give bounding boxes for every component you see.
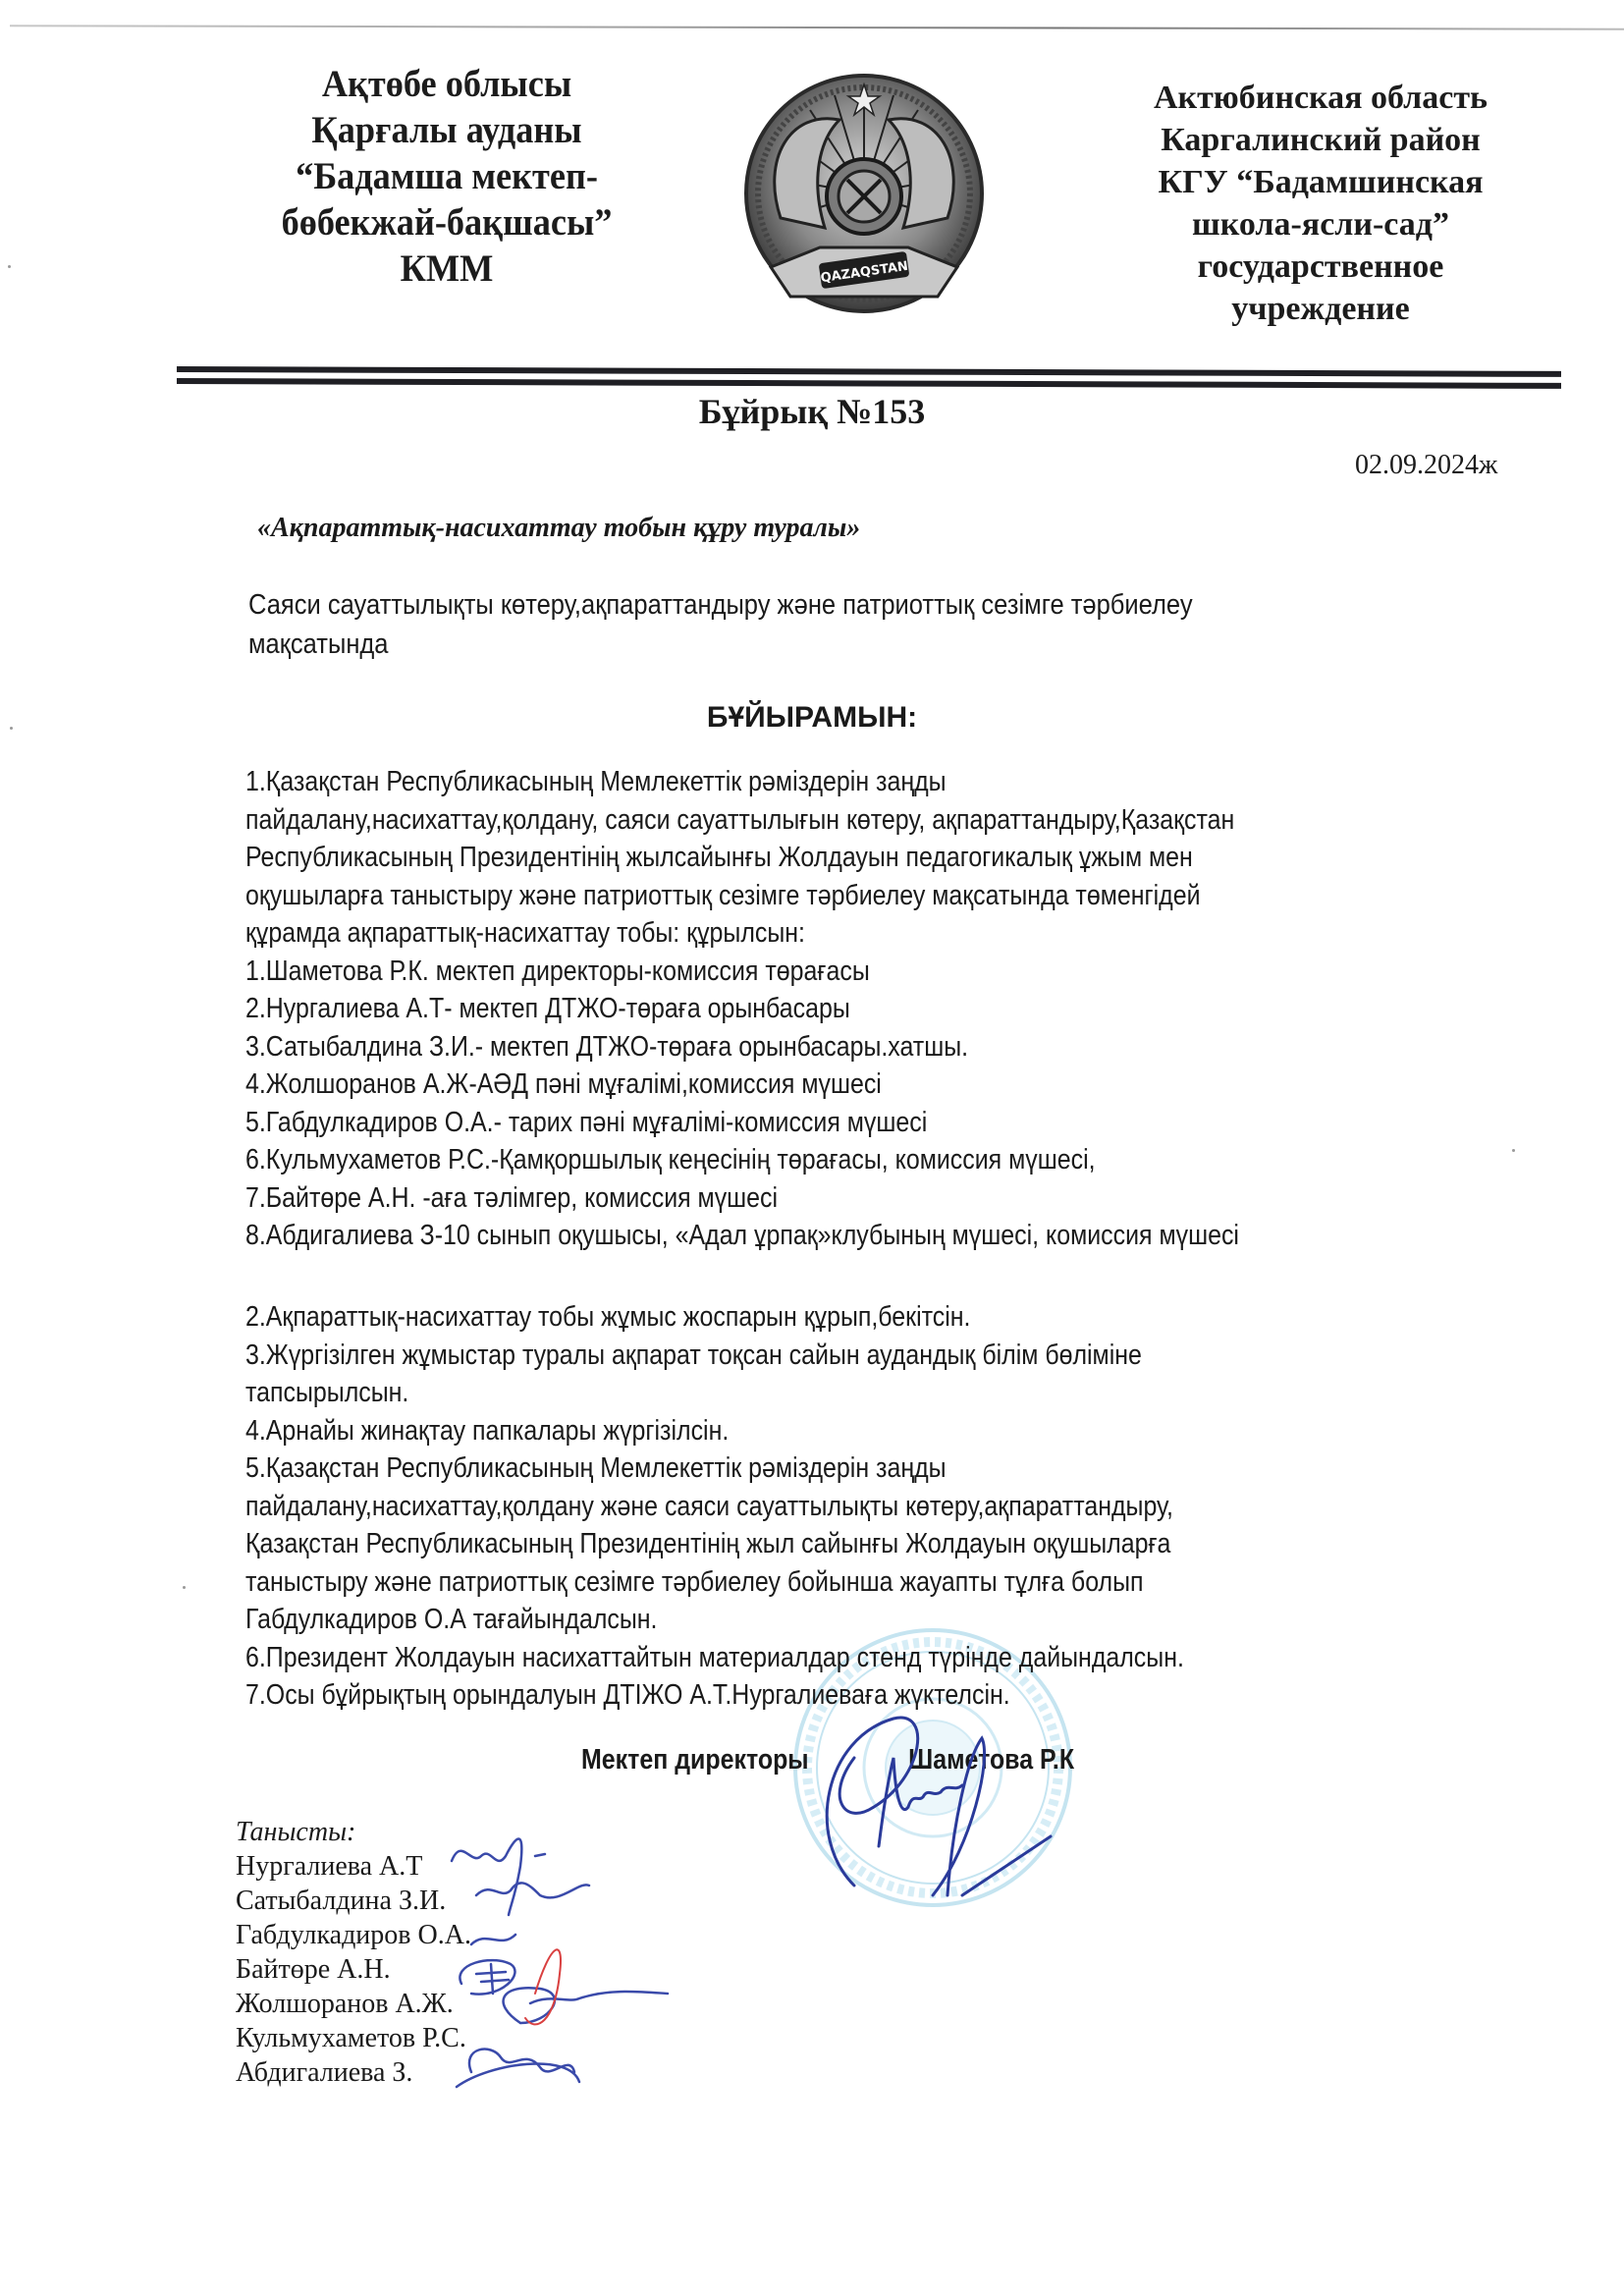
preamble: Саяси сауаттылықты көтеру,ақпараттандыру…: [248, 585, 1467, 664]
header-line: КГУ “Бадамшинская: [1090, 161, 1551, 203]
header-divider-top: [177, 366, 1561, 377]
clause-line: пайдалану,насихаттау,қолдану, саяси сауа…: [245, 801, 1538, 840]
member-item: 1.Шаметова Р.К. мектеп директоры-комисси…: [245, 953, 1538, 991]
header-line: бөбекжай-бақшасы”: [237, 199, 657, 246]
member-item: 7.Байтөре А.Н. -аға тәлімгер, комиссия м…: [245, 1179, 1538, 1218]
director-handwritten-signature: [785, 1699, 1080, 1915]
clause-line: құрамда ақпараттық-насихаттау тобы: құры…: [245, 914, 1538, 953]
header-line: государственное: [1090, 246, 1551, 288]
order-date: 02.09.2024ж: [1355, 450, 1497, 481]
decree-heading: БҰЙЫРАМЫН:: [0, 701, 1624, 735]
scan-speck: [183, 1586, 186, 1589]
scan-artifact-line: [10, 25, 1624, 29]
member-item: 2.Нургалиева А.Т- мектеп ДТЖО-төраға оры…: [245, 990, 1538, 1028]
member-item: 3.Сатыбалдина З.И.- мектеп ДТЖО-төраға о…: [245, 1028, 1538, 1066]
scan-speck: [8, 265, 11, 268]
clause-line: Республикасының Президентінің жылсайынғы…: [245, 839, 1538, 877]
header-line: школа-ясли-сад”: [1090, 203, 1551, 246]
clause-line: таныстыру және патриоттық сезімге тәрбие…: [245, 1563, 1538, 1602]
header-line: “Бадамша мектеп-: [237, 153, 657, 199]
clause-line: пайдалану,насихаттау,қолдану және саяси …: [245, 1488, 1538, 1526]
header-line: Ақтөбе облысы: [237, 61, 657, 107]
header-divider-bottom: [177, 378, 1561, 389]
member-item: 6.Кульмухаметов Р.С.-Қамқоршылық кеңесін…: [245, 1141, 1538, 1179]
clause-line: оқушыларға таныстыру және патриоттық сез…: [245, 877, 1538, 915]
header-line: Қарғалы ауданы: [237, 107, 657, 153]
clause-1: 1.Қазақстан Республикасының Мемлекеттік …: [245, 763, 1538, 1255]
order-subject: «Ақпараттық-насихаттау тобын құру туралы…: [257, 513, 860, 544]
preamble-line: мақсатында: [248, 625, 1467, 664]
scan-speck: [1512, 1149, 1515, 1152]
scan-speck: [10, 727, 13, 730]
header-line: Актюбинская область: [1090, 77, 1551, 119]
clause-line: Қазақстан Республикасының Президентінің …: [245, 1525, 1538, 1563]
member-item: 5.Габдулкадиров О.А.- тарих пәні мұғалім…: [245, 1104, 1538, 1142]
clause-line: 5.Қазақстан Республикасының Мемлекеттік …: [245, 1449, 1538, 1488]
order-title: Бұйрық №153: [0, 391, 1624, 432]
clause-line: 4.Арнайы жинақтау папкалары жүргізілсін.: [245, 1412, 1538, 1450]
member-item: 8.Абдигалиева З-10 сынып оқушысы, «Адал …: [245, 1217, 1538, 1255]
clause-line: 3.Жүргізілген жұмыстар туралы ақпарат то…: [245, 1337, 1538, 1375]
signatory-title: Мектеп директоры: [581, 1744, 809, 1776]
acknowledgement-handwritten-signatures: [432, 1827, 756, 2121]
header-line: КММ: [237, 246, 657, 292]
clause-line: 2.Ақпараттық-насихаттау тобы жұмыс жоспа…: [245, 1298, 1538, 1337]
preamble-line: Саяси сауаттылықты көтеру,ақпараттандыру…: [248, 585, 1467, 625]
header-line: учреждение: [1090, 288, 1551, 330]
kazakhstan-state-emblem-icon: QAZAQSTAN: [741, 71, 987, 324]
clause-line: 6.Президент Жолдауын насихаттайтын матер…: [245, 1639, 1538, 1677]
header-institution-kazakh: Ақтөбе облысы Қарғалы ауданы “Бадамша ме…: [237, 61, 657, 292]
clause-line: 1.Қазақстан Республикасының Мемлекеттік …: [245, 763, 1538, 801]
clauses-2-to-7: 2.Ақпараттық-насихаттау тобы жұмыс жоспа…: [245, 1298, 1538, 1715]
clause-line: Габдулкадиров О.А тағайындалсын.: [245, 1601, 1538, 1639]
member-item: 4.Жолшоранов А.Ж-АӘД пәні мұғалімі,комис…: [245, 1066, 1538, 1104]
clause-line: тапсырылсын.: [245, 1374, 1538, 1412]
header-line: Каргалинский район: [1090, 119, 1551, 161]
header-institution-russian: Актюбинская область Каргалинский район К…: [1090, 77, 1551, 330]
